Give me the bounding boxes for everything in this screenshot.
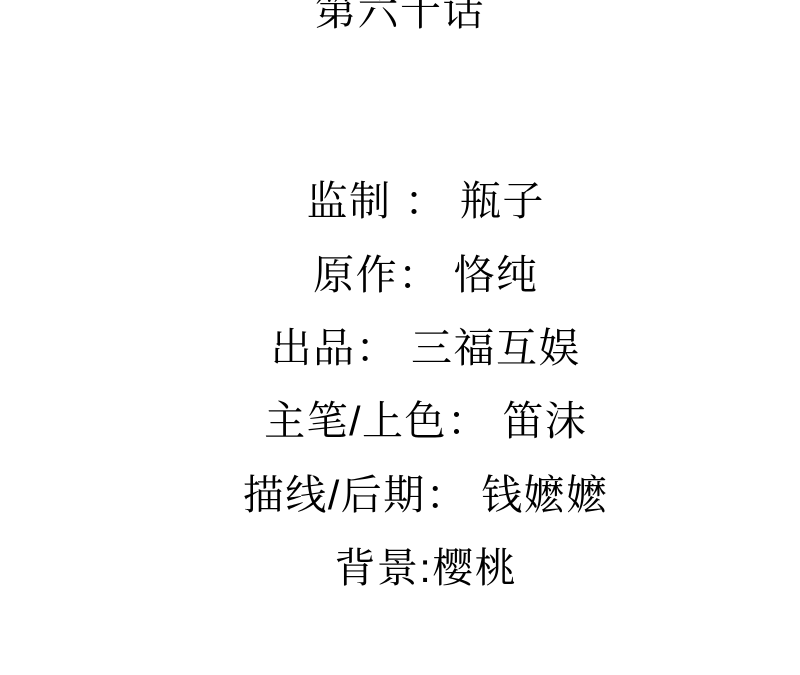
credit-name: 樱桃 (432, 545, 517, 591)
credit-separator: : (419, 545, 432, 591)
credits-page: 第六十话 监制 ： 瓶子 原作： 恪纯 出品： 三福互娱 主笔/上色： 笛沫 描… (0, 0, 800, 675)
credit-role: 背景 (334, 545, 419, 591)
chapter-title: 第六十话 (0, 0, 800, 32)
credit-line-background-artist: 背景:樱桃 (0, 507, 800, 630)
